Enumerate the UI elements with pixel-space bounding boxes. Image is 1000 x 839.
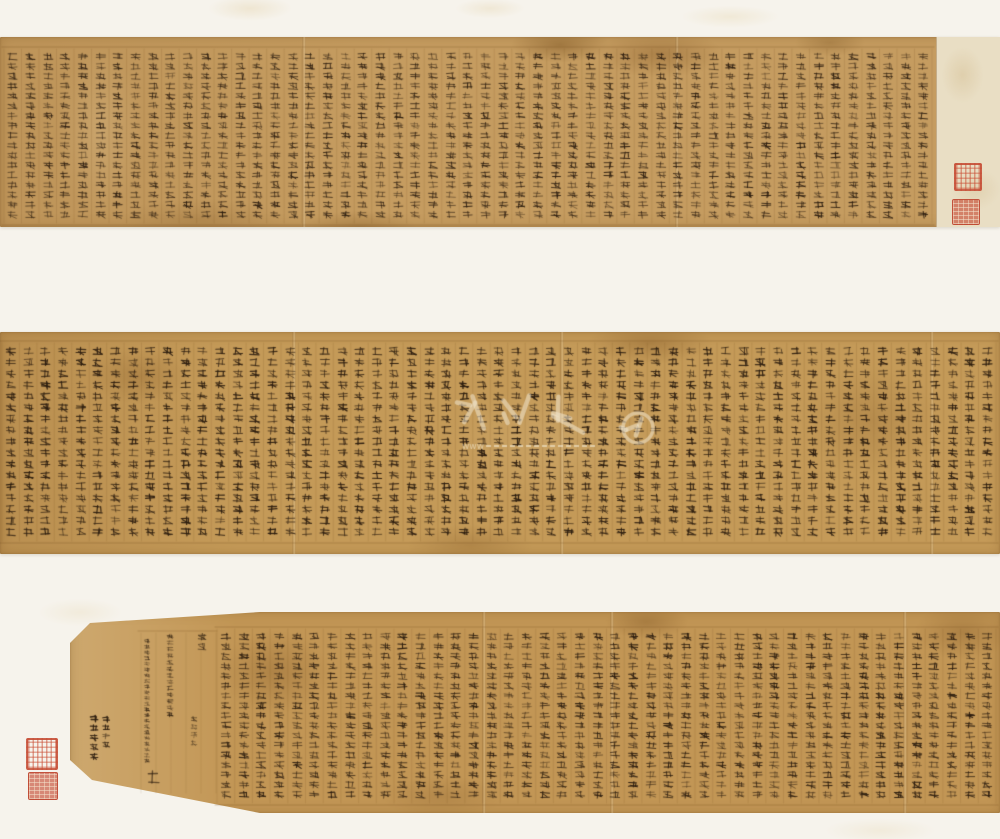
scroll-section-3 xyxy=(70,612,1000,813)
paper-seam xyxy=(903,612,907,813)
collector-seal-tail-upper xyxy=(26,738,58,770)
photo-stage xyxy=(0,0,1000,839)
site-watermark xyxy=(430,385,660,455)
collector-seal-tail-lower xyxy=(28,772,58,800)
paper-seam xyxy=(482,612,486,813)
paper-seam xyxy=(302,37,306,227)
paper-seam xyxy=(610,612,614,813)
scroll-section-1 xyxy=(0,37,1000,227)
paper-seam xyxy=(675,37,679,227)
collector-seal-head-lower xyxy=(952,199,980,225)
collector-seal-head-upper xyxy=(954,163,982,191)
paper-seam xyxy=(292,332,296,554)
paper-seam xyxy=(930,332,934,554)
